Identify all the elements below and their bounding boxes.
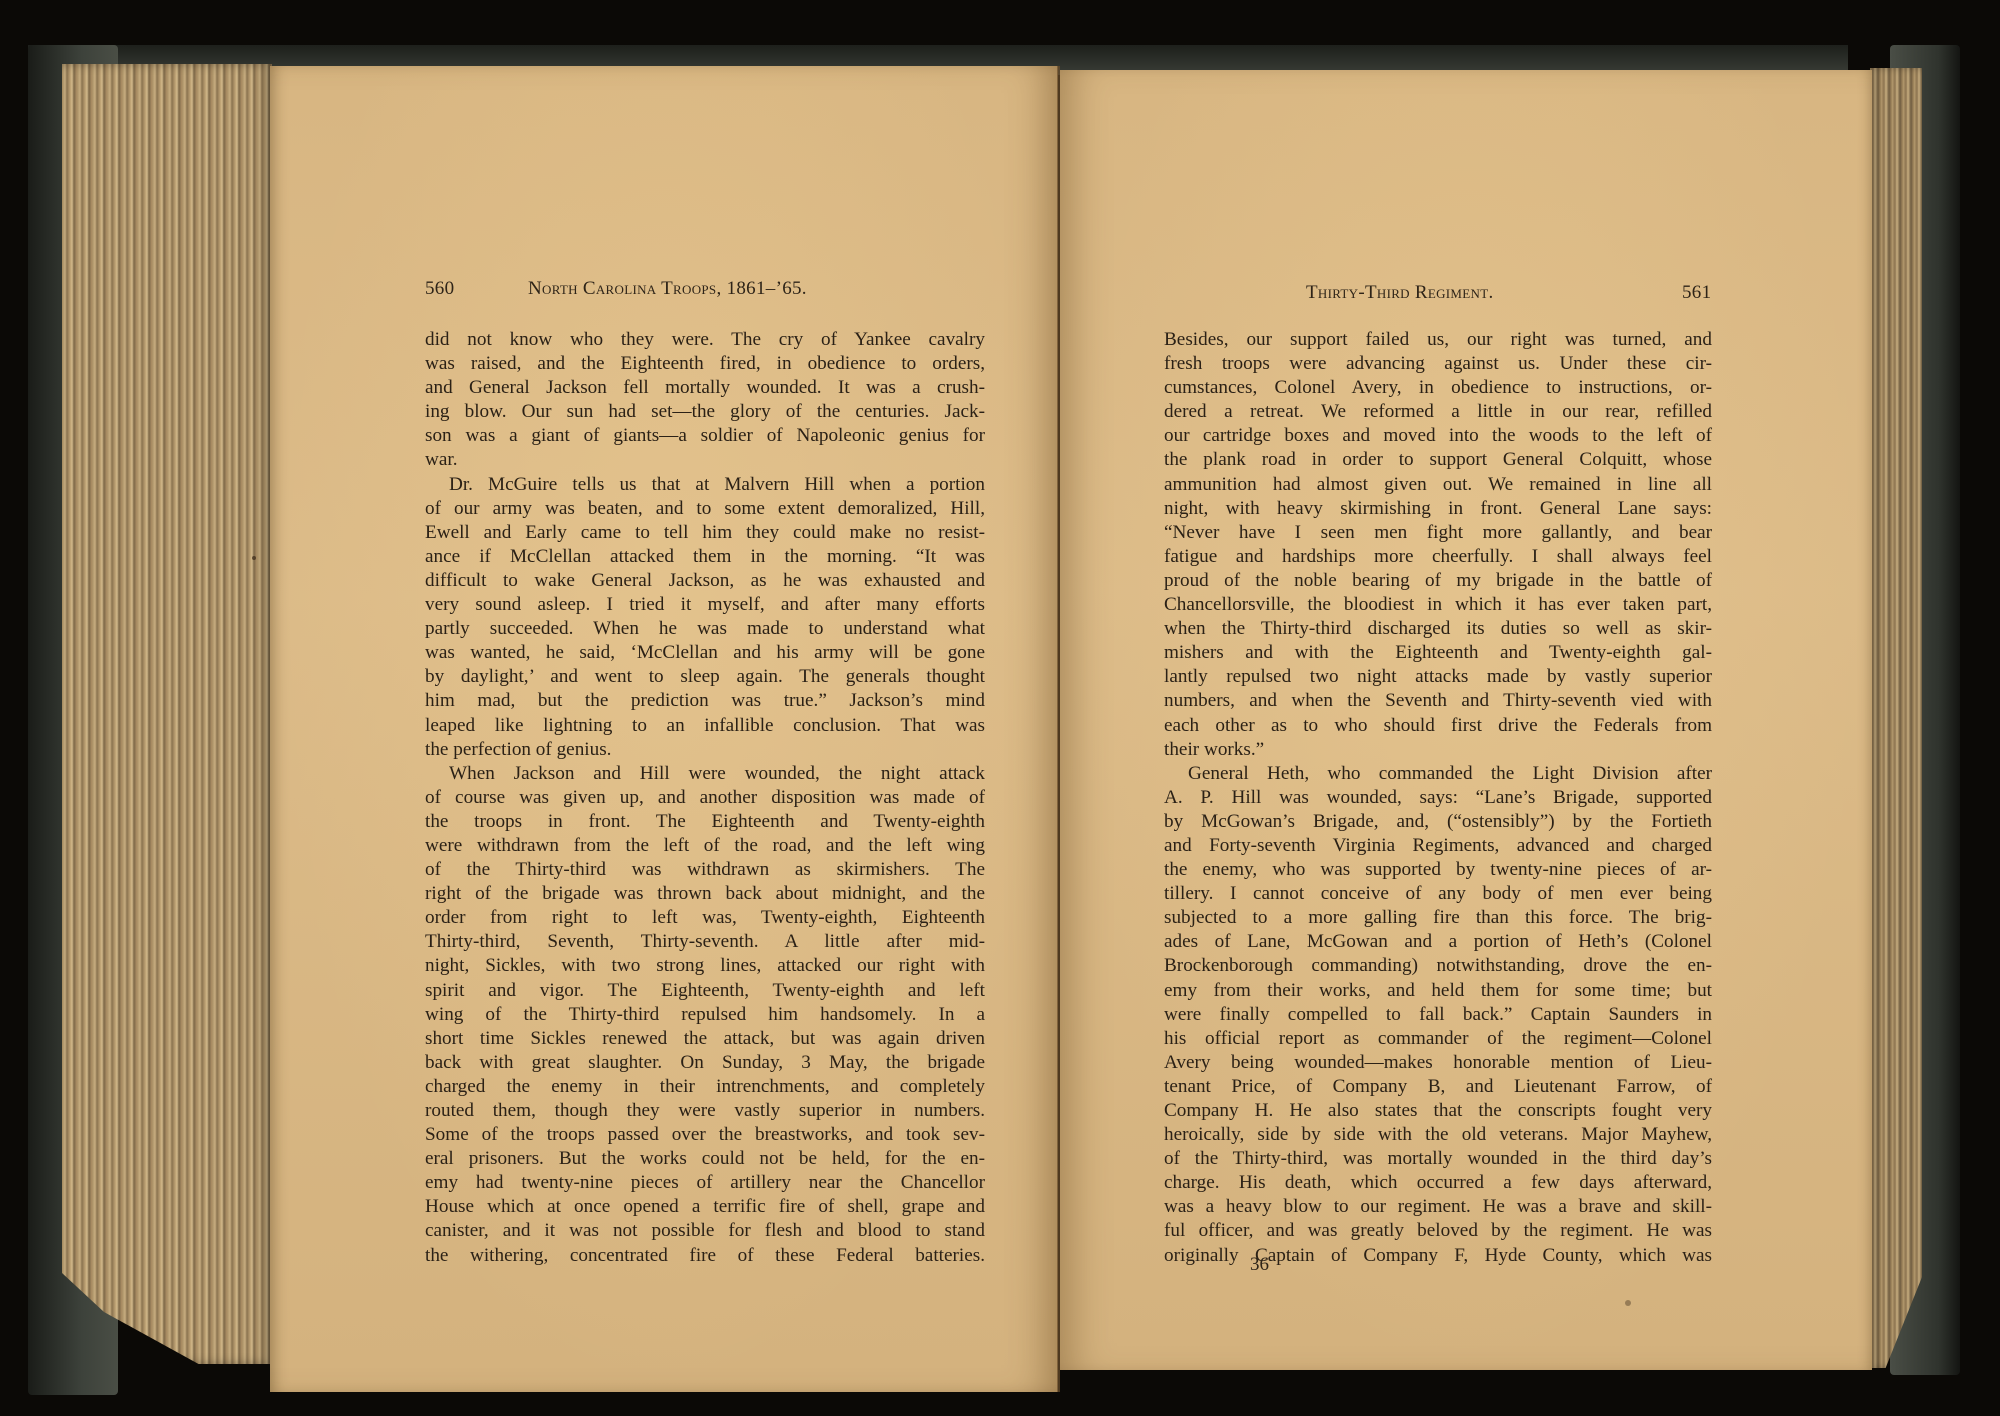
page-number: 560 bbox=[425, 278, 454, 300]
text-line: originally Captain of Company F, Hyde Co… bbox=[1164, 1244, 1712, 1268]
text-line: leaped like lightning to an infallible c… bbox=[425, 714, 985, 738]
text-line: the enemy, who was supported by twenty-n… bbox=[1164, 858, 1712, 882]
text-line: war. bbox=[425, 448, 985, 472]
text-line: night, Sickles, with two strong lines, a… bbox=[425, 954, 985, 978]
text-line: the troops in front. The Eighteenth and … bbox=[425, 810, 985, 834]
page-stack-left bbox=[62, 64, 272, 1364]
text-line: of the Thirty-third, was mortally wounde… bbox=[1164, 1147, 1712, 1171]
text-line: charge. His death, which occurred a few … bbox=[1164, 1171, 1712, 1195]
running-head: Thirty-Third Regiment. bbox=[1306, 282, 1494, 304]
text-line: by daylight,’ and went to sleep again. T… bbox=[425, 665, 985, 689]
text-line: Chancellorsville, the bloodiest in which… bbox=[1164, 593, 1712, 617]
text-line: short time Sickles renewed the attack, b… bbox=[425, 1027, 985, 1051]
text-line: ful officer, and was greatly beloved by … bbox=[1164, 1219, 1712, 1243]
text-line: Brockenborough commanding) notwithstandi… bbox=[1164, 954, 1712, 978]
text-line: and General Jackson fell mortally wounde… bbox=[425, 376, 985, 400]
text-line: ance if McClellan attacked them in the m… bbox=[425, 545, 985, 569]
text-line: A. P. Hill was wounded, says: “Lane’s Br… bbox=[1164, 786, 1712, 810]
text-line: son was a giant of giants—a soldier of N… bbox=[425, 424, 985, 448]
text-line: routed them, though they were vastly sup… bbox=[425, 1099, 985, 1123]
text-line: proud of the noble bearing of my brigade… bbox=[1164, 569, 1712, 593]
text-line: spirit and vigor. The Eighteenth, Twenty… bbox=[425, 979, 985, 1003]
text-line: him mad, but the prediction was true.” J… bbox=[425, 689, 985, 713]
text-line: was wanted, he said, ‘McClellan and his … bbox=[425, 641, 985, 665]
text-line: Avery being wounded—makes honorable ment… bbox=[1164, 1051, 1712, 1075]
text-line: the withering, concentrated fire of thes… bbox=[425, 1244, 985, 1268]
book-scene: 560 North Carolina Troops, 1861–’65. did… bbox=[0, 0, 2000, 1416]
text-line: right of the brigade was thrown back abo… bbox=[425, 882, 985, 906]
text-line: Company H. He also states that the consc… bbox=[1164, 1099, 1712, 1123]
left-page: 560 North Carolina Troops, 1861–’65. did… bbox=[270, 66, 1058, 1392]
text-line: their works.” bbox=[1164, 738, 1712, 762]
text-line: emy from their works, and held them for … bbox=[1164, 979, 1712, 1003]
text-line: lantly repulsed two night attacks made b… bbox=[1164, 665, 1712, 689]
right-page: Thirty-Third Regiment. 561 Besides, our … bbox=[1060, 70, 1872, 1370]
text-line: charged the enemy in their intrenchments… bbox=[425, 1075, 985, 1099]
text-line: eral prisoners. But the works could not … bbox=[425, 1147, 985, 1171]
text-line: General Heth, who commanded the Light Di… bbox=[1164, 762, 1712, 786]
text-line: his official report as commander of the … bbox=[1164, 1027, 1712, 1051]
text-line: ammunition had almost given out. We rema… bbox=[1164, 473, 1712, 497]
text-line: canister, and it was not possible for fl… bbox=[425, 1219, 985, 1243]
right-page-text: Besides, our support failed us, our righ… bbox=[1164, 328, 1712, 1268]
text-line: order from right to left was, Twenty-eig… bbox=[425, 906, 985, 930]
text-line: was a heavy blow to our regiment. He was… bbox=[1164, 1195, 1712, 1219]
text-line: “Never have I seen men fight more gallan… bbox=[1164, 521, 1712, 545]
text-line: of the Thirty-third was withdrawn as ski… bbox=[425, 858, 985, 882]
text-line: the perfection of genius. bbox=[425, 738, 985, 762]
text-line: fresh troops were advancing against us. … bbox=[1164, 352, 1712, 376]
text-line: subjected to a more galling fire than th… bbox=[1164, 906, 1712, 930]
text-line: of course was given up, and another disp… bbox=[425, 786, 985, 810]
text-line: very sound asleep. I tried it myself, an… bbox=[425, 593, 985, 617]
text-line: did not know who they were. The cry of Y… bbox=[425, 328, 985, 352]
text-line: dered a retreat. We reformed a little in… bbox=[1164, 400, 1712, 424]
running-head: North Carolina Troops, 1861–’65. bbox=[528, 278, 807, 300]
text-line: Ewell and Early came to tell him they co… bbox=[425, 521, 985, 545]
text-line: Some of the troops passed over the breas… bbox=[425, 1123, 985, 1147]
text-line: were withdrawn from the left of the road… bbox=[425, 834, 985, 858]
paper-speck bbox=[252, 556, 256, 560]
text-line: night, with heavy skirmishing in front. … bbox=[1164, 497, 1712, 521]
text-line: the plank road in order to support Gener… bbox=[1164, 448, 1712, 472]
text-line: tillery. I cannot conceive of any body o… bbox=[1164, 882, 1712, 906]
text-line: tenant Price, of Company B, and Lieutena… bbox=[1164, 1075, 1712, 1099]
text-line: when the Thirty-third discharged its dut… bbox=[1164, 617, 1712, 641]
paper-speck bbox=[1625, 1300, 1631, 1306]
text-line: mishers and with the Eighteenth and Twen… bbox=[1164, 641, 1712, 665]
text-line: each other as to who should first drive … bbox=[1164, 714, 1712, 738]
text-line: was raised, and the Eighteenth fired, in… bbox=[425, 352, 985, 376]
text-line: and Forty-seventh Virginia Regiments, ad… bbox=[1164, 834, 1712, 858]
text-line: Besides, our support failed us, our righ… bbox=[1164, 328, 1712, 352]
text-line: heroically, side by side with the old ve… bbox=[1164, 1123, 1712, 1147]
text-line: by McGowan’s Brigade, and, (“ostensibly”… bbox=[1164, 810, 1712, 834]
signature-mark: 36 bbox=[1250, 1254, 1269, 1276]
text-line: difficult to wake General Jackson, as he… bbox=[425, 569, 985, 593]
text-line: partly succeeded. When he was made to un… bbox=[425, 617, 985, 641]
text-line: cumstances, Colonel Avery, in obedience … bbox=[1164, 376, 1712, 400]
text-line: Dr. McGuire tells us that at Malvern Hil… bbox=[425, 473, 985, 497]
page-stack-right bbox=[1870, 68, 1922, 1368]
text-line: ing blow. Our sun had set—the glory of t… bbox=[425, 400, 985, 424]
text-line: were finally compelled to fall back.” Ca… bbox=[1164, 1003, 1712, 1027]
text-line: wing of the Thirty-third repulsed him ha… bbox=[425, 1003, 985, 1027]
text-line: our cartridge boxes and moved into the w… bbox=[1164, 424, 1712, 448]
text-line: Thirty-third, Seventh, Thirty-seventh. A… bbox=[425, 930, 985, 954]
text-line: fatigue and hardships more cheerfully. I… bbox=[1164, 545, 1712, 569]
text-line: When Jackson and Hill were wounded, the … bbox=[425, 762, 985, 786]
text-line: emy had twenty-nine pieces of artillery … bbox=[425, 1171, 985, 1195]
page-number: 561 bbox=[1682, 282, 1711, 304]
text-line: ades of Lane, McGowan and a portion of H… bbox=[1164, 930, 1712, 954]
text-line: of our army was beaten, and to some exte… bbox=[425, 497, 985, 521]
text-line: House which at once opened a terrific fi… bbox=[425, 1195, 985, 1219]
text-line: back with great slaughter. On Sunday, 3 … bbox=[425, 1051, 985, 1075]
left-page-text: did not know who they were. The cry of Y… bbox=[425, 328, 985, 1268]
text-line: numbers, and when the Seventh and Thirty… bbox=[1164, 689, 1712, 713]
